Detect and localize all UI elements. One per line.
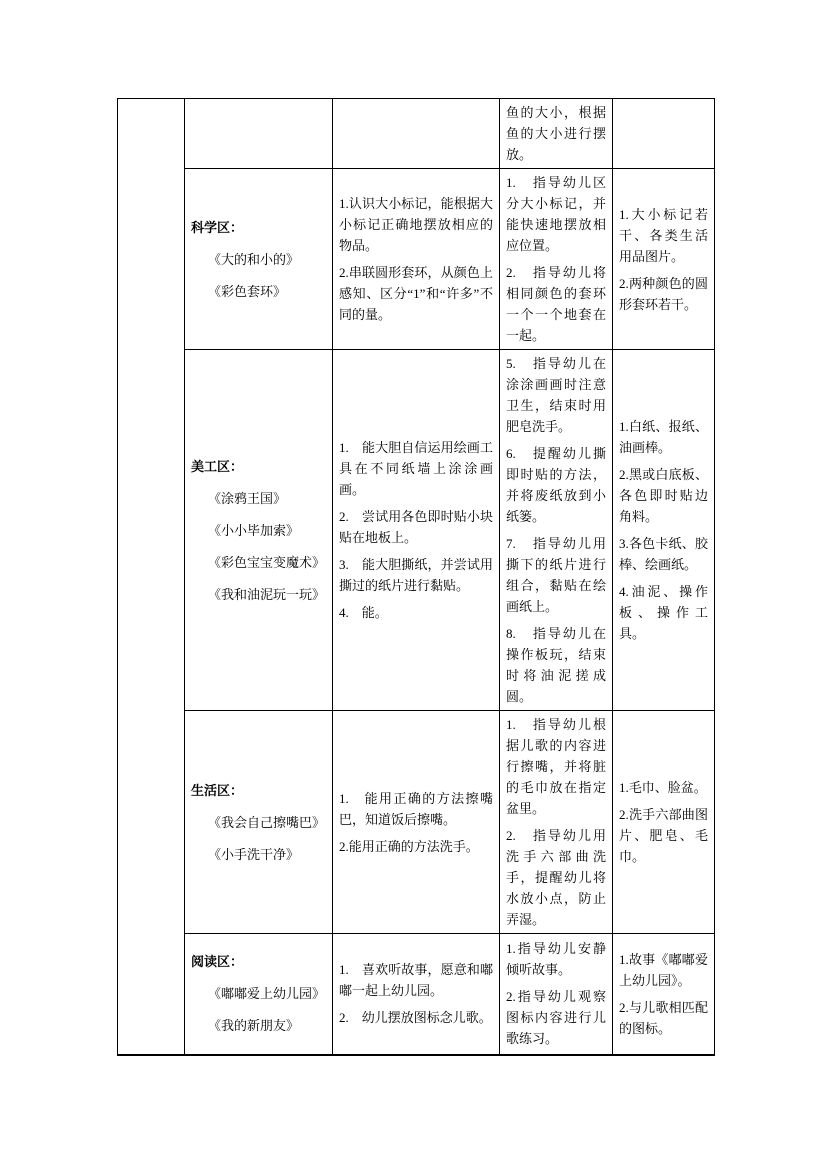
paragraph: 2. 尝试用各色即时贴小块贴在地板上。 xyxy=(339,506,493,548)
area-title: 科学区： xyxy=(191,217,326,238)
paragraph: 2. 指导幼儿用洗手六部曲洗手，提醒幼儿将水放小点，防止弄湿。 xyxy=(506,825,606,930)
book-title: 《小手洗干净》 xyxy=(191,844,326,865)
paragraph: 1.指导幼儿安静倾听故事。 xyxy=(506,938,606,980)
table-row-reading: 阅读区： 《嘟嘟爱上幼儿园》 《我的新朋友》 1. 喜欢听故事，愿意和嘟嘟一起上… xyxy=(118,934,715,1055)
paragraph: 4.油泥、操作板、操作工具。 xyxy=(619,581,708,644)
reading-guidance-cell: 1.指导幼儿安静倾听故事。 2.指导幼儿观察图标内容进行儿歌练习。 xyxy=(500,934,613,1055)
paragraph: 1.大小标记若干、各类生活用品图片。 xyxy=(619,204,708,267)
paragraph: 3. 能大胆撕纸，并尝试用撕过的纸片进行黏贴。 xyxy=(339,554,493,596)
reading-goals-cell: 1. 喜欢听故事，愿意和嘟嘟一起上幼儿园。 2. 幼儿摆放图标念儿歌。 xyxy=(333,934,500,1055)
paragraph: 2.能用正确的方法洗手。 xyxy=(339,836,493,857)
continuation-area-cell xyxy=(185,99,333,169)
table-row-science: 科学区： 《大的和小的》 《彩色套环》 1.认识大小标记，能根据大小标记正确地摆… xyxy=(118,169,715,350)
art-materials-cell: 1.白纸、报纸、油画棒。 2.黑或白底板、各色即时贴边角料。 3.各色卡纸、胶棒… xyxy=(613,350,715,711)
paragraph: 4. 能。 xyxy=(339,602,493,623)
paragraph: 2.串联圆形套环，从颜色上感知、区分“1”和“许多”不同的量。 xyxy=(339,262,493,325)
paragraph: 6. 提醒幼儿撕即时贴的方法，并将废纸放到小纸篓。 xyxy=(506,443,606,527)
life-area-cell: 生活区： 《我会自己擦嘴巴》 《小手洗干净》 xyxy=(185,711,333,934)
area-title: 美工区： xyxy=(191,456,326,477)
paragraph: 3.各色卡纸、胶棒、绘画纸。 xyxy=(619,533,708,575)
book-title: 《小小毕加索》 xyxy=(191,520,326,541)
paragraph: 1. 指导幼儿根据儿歌的内容进行擦嘴，并将脏的毛巾放在指定盆里。 xyxy=(506,714,606,819)
paragraph: 2. 指导幼儿将相同颜色的套环一个一个地套在一起。 xyxy=(506,262,606,346)
paragraph: 7. 指导幼儿用撕下的纸片进行组合，黏贴在绘画纸上。 xyxy=(506,533,606,617)
paragraph: 2. 幼儿摆放图标念儿歌。 xyxy=(339,1007,493,1028)
table-row-life: 生活区： 《我会自己擦嘴巴》 《小手洗干净》 1. 能用正确的方法擦嘴巴，知道饭… xyxy=(118,711,715,934)
book-title: 《我和油泥玩一玩》 xyxy=(191,584,326,605)
book-title: 《涂鸦王国》 xyxy=(191,488,326,509)
book-title: 《嘟嘟爱上幼儿园》 xyxy=(191,983,326,1004)
art-area-cell: 美工区： 《涂鸦王国》 《小小毕加索》 《彩色宝宝变魔术》 《我和油泥玩一玩》 xyxy=(185,350,333,711)
continuation-materials-cell xyxy=(613,99,715,169)
life-materials-cell: 1.毛巾、脸盆。 2.洗手六部曲图片、肥皂、毛巾。 xyxy=(613,711,715,934)
book-title: 《大的和小的》 xyxy=(191,249,326,270)
continuation-goals-cell xyxy=(333,99,500,169)
area-title: 生活区： xyxy=(191,780,326,801)
art-goals-cell: 1. 能大胆自信运用绘画工具在不同纸墙上涂涂画画。 2. 尝试用各色即时贴小块贴… xyxy=(333,350,500,711)
life-guidance-cell: 1. 指导幼儿根据儿歌的内容进行擦嘴，并将脏的毛巾放在指定盆里。 2. 指导幼儿… xyxy=(500,711,613,934)
science-goals-cell: 1.认识大小标记，能根据大小标记正确地摆放相应的物品。 2.串联圆形套环，从颜色… xyxy=(333,169,500,350)
life-goals-cell: 1. 能用正确的方法擦嘴巴，知道饭后擦嘴。 2.能用正确的方法洗手。 xyxy=(333,711,500,934)
paragraph: 1. 能用正确的方法擦嘴巴，知道饭后擦嘴。 xyxy=(339,788,493,830)
reading-materials-cell: 1.故事《嘟嘟爱上幼儿园》。 2.与儿歌相匹配的图标。 xyxy=(613,934,715,1055)
paragraph: 1.故事《嘟嘟爱上幼儿园》。 xyxy=(619,949,708,991)
paragraph: 2.与儿歌相匹配的图标。 xyxy=(619,997,708,1039)
science-guidance-cell: 1. 指导幼儿区分大小标记，并能快速地摆放相应位置。 2. 指导幼儿将相同颜色的… xyxy=(500,169,613,350)
paragraph: 1.认识大小标记，能根据大小标记正确地摆放相应的物品。 xyxy=(339,193,493,256)
activity-plan-table: 鱼的大小，根据鱼的大小进行摆放。 科学区： 《大的和小的》 《彩色套环》 1.认… xyxy=(117,98,715,1056)
paragraph: 1. 喜欢听故事，愿意和嘟嘟一起上幼儿园。 xyxy=(339,959,493,1001)
art-guidance-cell: 5. 指导幼儿在涂涂画画时注意卫生，结束时用肥皂洗手。 6. 提醒幼儿撕即时贴的… xyxy=(500,350,613,711)
paragraph: 鱼的大小，根据鱼的大小进行摆放。 xyxy=(506,102,606,165)
science-area-cell: 科学区： 《大的和小的》 《彩色套环》 xyxy=(185,169,333,350)
paragraph: 1. 能大胆自信运用绘画工具在不同纸墙上涂涂画画。 xyxy=(339,437,493,500)
paragraph: 1. 指导幼儿区分大小标记，并能快速地摆放相应位置。 xyxy=(506,172,606,256)
table-row-continuation: 鱼的大小，根据鱼的大小进行摆放。 xyxy=(118,99,715,169)
continuation-guidance-cell: 鱼的大小，根据鱼的大小进行摆放。 xyxy=(500,99,613,169)
table-row-art: 美工区： 《涂鸦王国》 《小小毕加索》 《彩色宝宝变魔术》 《我和油泥玩一玩》 … xyxy=(118,350,715,711)
paragraph: 2.指导幼儿观察图标内容进行儿歌练习。 xyxy=(506,986,606,1049)
paragraph: 1.毛巾、脸盆。 xyxy=(619,777,708,798)
book-title: 《彩色套环》 xyxy=(191,281,326,302)
area-title: 阅读区： xyxy=(191,951,326,972)
left-margin-cell xyxy=(118,99,185,1055)
book-title: 《我会自己擦嘴巴》 xyxy=(191,812,326,833)
paragraph: 2.两种颜色的圆形套环若干。 xyxy=(619,273,708,315)
document-page: 鱼的大小，根据鱼的大小进行摆放。 科学区： 《大的和小的》 《彩色套环》 1.认… xyxy=(0,0,827,1170)
paragraph: 2.黑或白底板、各色即时贴边角料。 xyxy=(619,464,708,527)
paragraph: 2.洗手六部曲图片、肥皂、毛巾。 xyxy=(619,804,708,867)
paragraph: 1.白纸、报纸、油画棒。 xyxy=(619,416,708,458)
book-title: 《彩色宝宝变魔术》 xyxy=(191,552,326,573)
science-materials-cell: 1.大小标记若干、各类生活用品图片。 2.两种颜色的圆形套环若干。 xyxy=(613,169,715,350)
paragraph: 5. 指导幼儿在涂涂画画时注意卫生，结束时用肥皂洗手。 xyxy=(506,353,606,437)
reading-area-cell: 阅读区： 《嘟嘟爱上幼儿园》 《我的新朋友》 xyxy=(185,934,333,1055)
book-title: 《我的新朋友》 xyxy=(191,1015,326,1036)
paragraph: 8. 指导幼儿在操作板玩，结束时将油泥搓成圆。 xyxy=(506,623,606,707)
